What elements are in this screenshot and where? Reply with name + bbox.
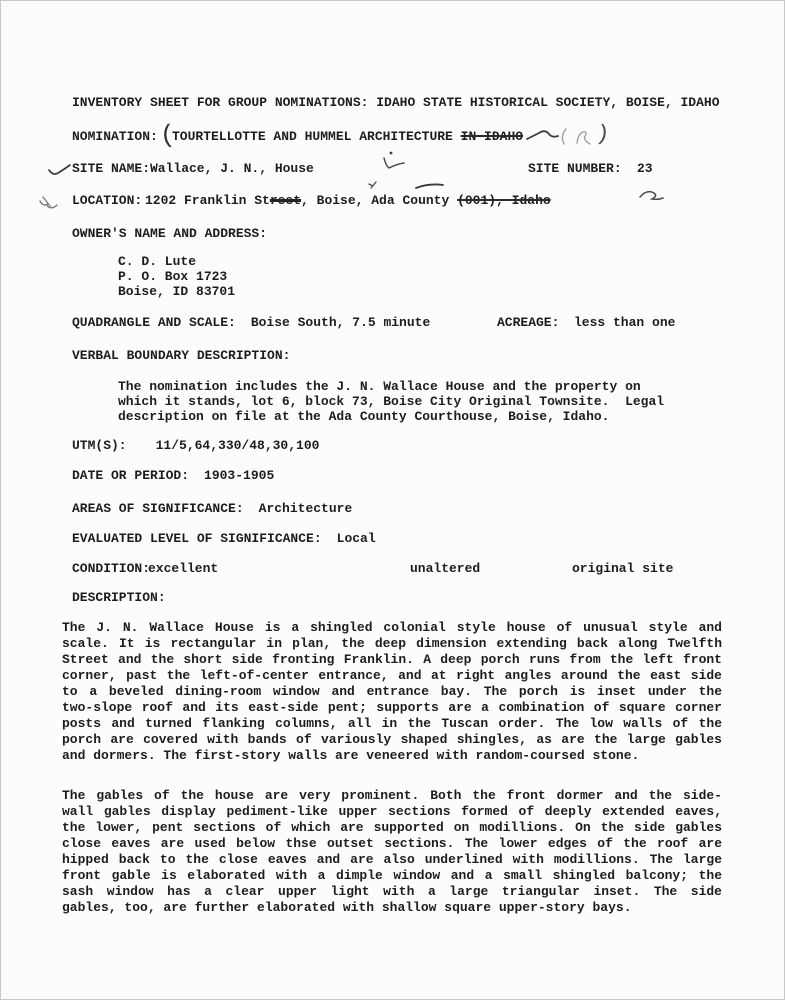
owner-line: Boise, ID 83701: [118, 284, 235, 300]
paragraph-line: close eaves are used below thse outset s…: [62, 836, 722, 852]
paragraph-line: the lower, pent sections of which are su…: [62, 820, 722, 836]
condition-label: CONDITION:: [72, 561, 150, 576]
utm-value: 11/5,64,330/48,30,100: [156, 438, 320, 453]
paragraph-line: two-slope roof and its east-side pent; s…: [62, 700, 722, 716]
paragraph-line: front gable is elaborated with a dimple …: [62, 868, 722, 884]
areas-row: AREAS OF SIGNIFICANCE:Architecture: [72, 501, 352, 517]
nomination-struck-text: IN IDAHO: [461, 129, 523, 144]
evaluated-row: EVALUATED LEVEL OF SIGNIFICANCE:Local: [72, 531, 376, 547]
paragraph-line: Street and the short side fronting Frank…: [62, 652, 722, 668]
condition-value-original-site: original site: [572, 561, 673, 577]
site-number-label: SITE NUMBER:: [528, 161, 622, 177]
document-title: INVENTORY SHEET FOR GROUP NOMINATIONS: I…: [72, 95, 720, 111]
quadrangle-row: QUADRANGLE AND SCALE:Boise South, 7.5 mi…: [72, 315, 430, 331]
condition-value-unaltered: unaltered: [410, 561, 480, 577]
owner-line: P. O. Box 1723: [118, 269, 227, 285]
areas-value: Architecture: [259, 501, 353, 516]
condition-row: CONDITION:: [72, 561, 150, 577]
site-number-value: 23: [637, 161, 653, 177]
evaluated-value: Local: [337, 531, 376, 546]
nomination-value: TOURTELLOTTE AND HUMMEL ARCHITECTURE IN …: [172, 129, 523, 145]
utm-label: UTM(S):: [72, 438, 127, 453]
paragraph-line: posts and turned flanking columns, all i…: [62, 716, 722, 732]
site-name-value: Wallace, J. N., House: [150, 161, 314, 177]
paragraph-line: corner, past the left-of-center entrance…: [62, 668, 722, 684]
paragraph-line: The gables of the house are very promine…: [62, 788, 722, 804]
areas-label: AREAS OF SIGNIFICANCE:: [72, 501, 244, 516]
description-label: DESCRIPTION:: [72, 590, 166, 606]
paragraph-line: to a beveled dining-room window and entr…: [62, 684, 722, 700]
paragraph-line: porch are covered with bands of variousl…: [62, 732, 722, 748]
site-name-label: SITE NAME:: [72, 161, 150, 176]
boundary-label: VERBAL BOUNDARY DESCRIPTION:: [72, 348, 290, 364]
paragraph-line: and dormers. The first-story walls are v…: [62, 748, 722, 764]
acreage-label: ACREAGE:: [497, 315, 559, 331]
paragraph-line: gables, too, are further elaborated with…: [62, 900, 722, 916]
location-struck-street: reet: [270, 193, 301, 208]
description-paragraph-2: The gables of the house are very promine…: [62, 788, 722, 916]
paragraph-line: sash window has a clear upper light with…: [62, 884, 722, 900]
paragraph-line: scale. It is rectangular in plan, the de…: [62, 636, 722, 652]
site-name-row: SITE NAME:: [72, 161, 150, 177]
nomination-row: NOMINATION:: [72, 129, 158, 145]
quadrangle-label: QUADRANGLE AND SCALE:: [72, 315, 236, 330]
location-label: LOCATION:: [72, 193, 142, 208]
description-paragraph-1: The J. N. Wallace House is a shingled co…: [62, 620, 722, 764]
quadrangle-value: Boise South, 7.5 minute: [251, 315, 430, 330]
paragraph-line: The J. N. Wallace House is a shingled co…: [62, 620, 722, 636]
location-value: 1202 Franklin Street, Boise, Ada County …: [145, 193, 551, 209]
scanned-document: { "page": { "header": "INVENTORY SHEET F…: [0, 0, 785, 1000]
paragraph-line: wall gables display pediment-like upper …: [62, 804, 722, 820]
paragraph-line: hipped back to the close eaves and are a…: [62, 852, 722, 868]
boundary-line: which it stands, lot 6, block 73, Boise …: [118, 394, 664, 410]
nomination-label: NOMINATION:: [72, 129, 158, 144]
owner-label: OWNER'S NAME AND ADDRESS:: [72, 226, 267, 242]
condition-value-excellent: excellent: [148, 561, 218, 577]
date-label: DATE OR PERIOD:: [72, 468, 189, 483]
date-value: 1903-1905: [204, 468, 274, 483]
boundary-line: description on file at the Ada County Co…: [118, 409, 609, 425]
location-row: LOCATION:: [72, 193, 142, 209]
acreage-value: less than one: [574, 315, 675, 331]
owner-line: C. D. Lute: [118, 254, 196, 270]
utm-row: UTM(S):11/5,64,330/48,30,100: [72, 438, 319, 454]
date-row: DATE OR PERIOD:1903-1905: [72, 468, 274, 484]
location-struck-county: (001), Idaho: [457, 193, 551, 208]
boundary-line: The nomination includes the J. N. Wallac…: [118, 379, 641, 395]
evaluated-label: EVALUATED LEVEL OF SIGNIFICANCE:: [72, 531, 322, 546]
